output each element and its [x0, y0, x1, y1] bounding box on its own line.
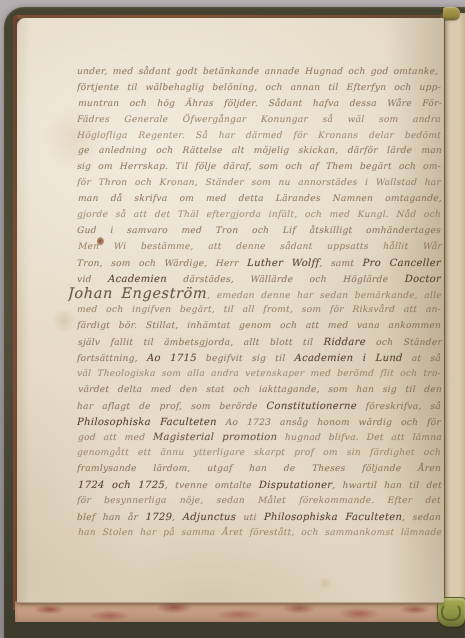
emphasized-word: Academien: [108, 274, 167, 285]
paper-stain: [51, 310, 77, 332]
manuscript-line: Höglofliga Regenter. Så har därmed för K…: [77, 129, 442, 145]
johan-engestrom-name: Johan Engeström: [68, 287, 208, 302]
emphasized-word: Philosophiska Faculteten: [77, 417, 217, 428]
manuscript-line: genomgått ett ännu ytterligare skarpt pr…: [77, 446, 442, 462]
emphasized-word: Ao 1715: [147, 353, 197, 364]
page-bottom-shadow: [17, 602, 444, 606]
photo-of-open-manuscript-book: under, med sådant godt betänkande annade…: [0, 0, 465, 638]
manuscript-line: för Thron och Kronan, Ständer som nu ann…: [77, 176, 442, 192]
handwritten-text-block: under, med sådant godt betänkande annade…: [77, 65, 441, 542]
manuscript-line: har aflagt de prof, som berörde Constitu…: [77, 399, 442, 415]
manuscript-line: själv fallit til ämbetsgjorda, allt blot…: [78, 335, 443, 351]
manuscript-line-name: Johan Engeström, emedan denne har sedan …: [68, 287, 443, 303]
manuscript-page: under, med sådant godt betänkande annade…: [17, 18, 444, 603]
manuscript-line: för besynnerliga nöje, sedan Målet förek…: [77, 494, 442, 510]
manuscript-line: med och ingifven begärt, til all fromt, …: [77, 303, 442, 319]
emphasized-word: Magisterial promotion: [153, 432, 278, 443]
emphasized-word: Constitutionerne: [266, 401, 357, 412]
emphasized-word: Adjunctus: [182, 512, 236, 523]
manuscript-line: god att med Magisterial promotion hugnad…: [78, 430, 443, 446]
emphasized-word: Philosophiska Faculteten: [264, 512, 403, 523]
manuscript-line: framlysande lärdom, utgaf han de Theses …: [77, 462, 442, 478]
emphasized-word: Academien i Lund: [294, 353, 403, 364]
emphasized-word: Pro Canceller: [362, 258, 441, 269]
next-page-fore-edge: [444, 13, 465, 602]
manuscript-line: vid Academien därstädes, Wällärde och Hö…: [77, 272, 442, 288]
emphasized-word: Doctor: [405, 274, 442, 285]
manuscript-line: Gud i samvaro med Tron och Lif åtskillig…: [77, 224, 442, 240]
manuscript-line: fortsättning, Ao 1715 begifvit sig til A…: [77, 351, 442, 367]
emphasized-word: 1724 och 1725: [78, 480, 165, 491]
manuscript-line: 1724 och 1725, tvenne omtalte Disputatio…: [78, 478, 443, 494]
manuscript-line: muntran och hög Ähras följder. Sådant ha…: [78, 97, 443, 113]
endband-top: [443, 7, 460, 20]
manuscript-line: Tron, som och Wärdige, Herr Luther Wolff…: [77, 256, 442, 272]
manuscript-line: färdigt bör. Stillat, inhämtat genom och…: [77, 319, 442, 335]
manuscript-line: blef han år 1729, Adjunctus uti Philosop…: [77, 510, 442, 526]
manuscript-line: han Stolen har på samma Året förestått, …: [78, 526, 443, 542]
manuscript-line: väl Theologiska som alla andra vetenskap…: [77, 367, 442, 383]
manuscript-line: ge anledning och Rättelse alt möjelig sk…: [78, 144, 443, 160]
emphasized-word: Riddare: [323, 337, 366, 348]
manuscript-line: gjorde så att det Thäl eftergjorda infäl…: [77, 208, 442, 224]
manuscript-line: man då skrifva om med detta Lärandes Nam…: [78, 192, 443, 208]
manuscript-line: Philosophiska Faculteten Ao 1723 ansåg h…: [77, 415, 442, 431]
manuscript-line: Fädres Generale Öfwergångar Konungar så …: [77, 113, 442, 129]
manuscript-line: sig om Herrskap. Til följe däraf, som oc…: [77, 160, 442, 176]
paper-stain: [317, 578, 333, 588]
emphasized-word: Luther Wolff: [247, 258, 320, 269]
manuscript-line: värdet delta med den stat och iakttagand…: [78, 383, 443, 399]
manuscript-line: Men Wi bestämme, att denne sådant uppsat…: [78, 240, 443, 256]
emphasized-word: Disputationer: [259, 480, 333, 491]
manuscript-line: under, med sådant godt betänkande annade…: [77, 65, 442, 81]
emphasized-word: 1729: [145, 512, 172, 523]
manuscript-line: förtjente til wälbehaglig belöning, och …: [77, 81, 442, 97]
